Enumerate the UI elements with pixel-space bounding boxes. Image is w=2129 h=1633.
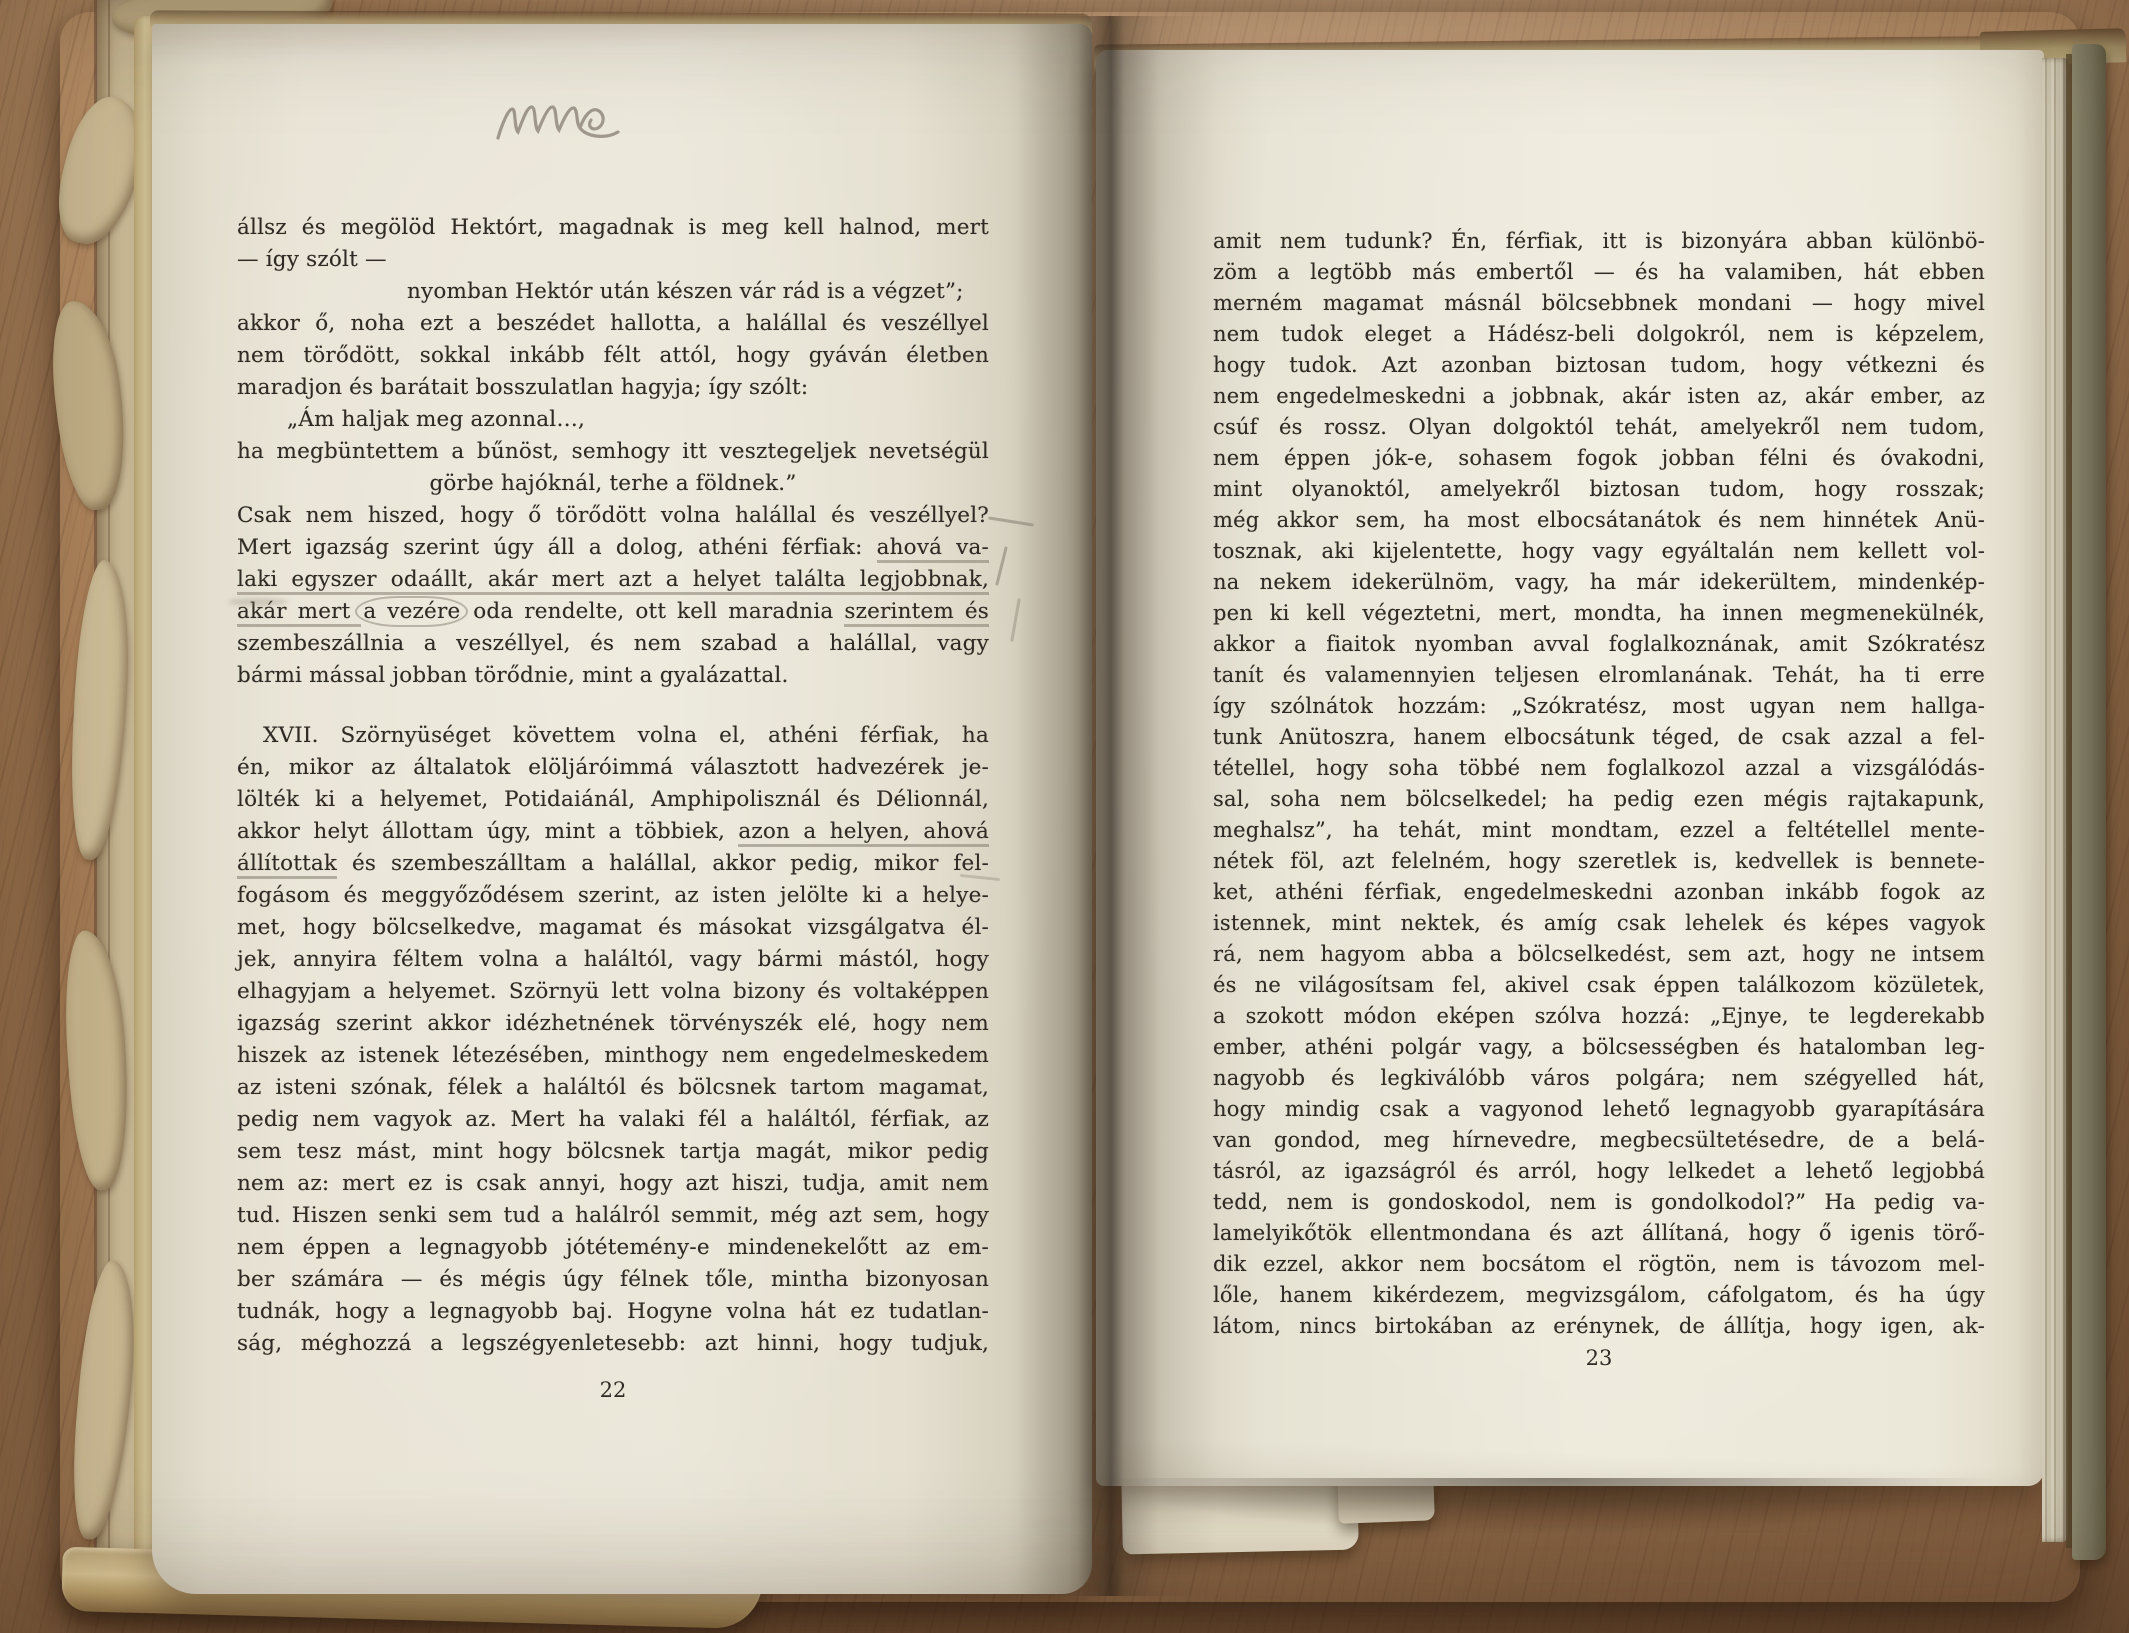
text-line: amit nem tudunk? Én, férfiak, itt is biz… [1213,226,1985,257]
text-segment: látom, nincs birtokában az erénynek, de … [1213,1314,1985,1338]
text-segment: „Ám haljak meg azonnal…, [287,407,585,432]
text-line: bármi mással jobban törődnie, mint a gya… [237,660,989,692]
text-line: tudnák, hogy a legnagyobb baj. Hogyne vo… [237,1296,989,1328]
text-line: görbe hajóknál, terhe a földnek.” [237,468,989,500]
text-line: meghalsz”, ha tehát, mint mondtam, ezzel… [1213,815,1985,846]
text-segment: tétellel, hogy soha többé nem foglalkozo… [1213,756,1985,780]
text-line: nem engedelmeskedni a jobbnak, akár iste… [1213,381,1985,412]
paragraph-gap [237,692,989,720]
text-line: Csak nem hiszed, hogy ő törődött volna h… [237,500,989,532]
text-segment: van gondod, meg hírnevedre, megbecsültet… [1213,1128,1985,1152]
text-line: Mert igazság szerint úgy áll a dolog, at… [237,532,989,564]
text-segment: tanít és valamennyien teljesen elromlaná… [1213,663,1985,687]
text-segment: így szólnátok hozzám: „Szókratész, most … [1213,694,1985,718]
text-segment: sal, soha nem bölcselkedel; ha pedig eze… [1213,787,1985,811]
text-segment: tedd, nem is gondoskodol, nem is gondolk… [1213,1190,1985,1214]
text-segment: XVII. Szörnyüséget követtem volna el, at… [263,723,989,748]
text-line: akkor helyt állottam úgy, mint a többiek… [237,816,989,848]
text-line: csúf és rossz. Olyan dolgoktól tehát, am… [1213,412,1985,443]
left-page-number: 22 [237,1378,989,1402]
text-segment: én, mikor az általatok elöljáróimmá vála… [237,755,989,780]
text-line: tanít és valamennyien teljesen elromlaná… [1213,660,1985,691]
text-line: pedig nem vagyok az. Mert ha valaki fél … [237,1104,989,1136]
text-segment: akkor a fiaitok nyomban avval foglalkozn… [1213,632,1985,656]
text-line: pen ki kell végeztetni, mert, mondta, ha… [1213,598,1985,629]
text-segment: még akkor sem, ha most elbocsátanátok és… [1213,508,1985,532]
text-segment: ember, athéni polgár vagy, a bölcsességb… [1213,1035,1985,1059]
text-segment: dik ezzel, akkor nem bocsátom el rögtön,… [1213,1252,1985,1276]
text-segment: hogy tudok. Azt azonban biztosan tudom, … [1213,353,1985,377]
text-segment: nem engedelmeskedni a jobbnak, akár iste… [1213,384,1985,408]
text-line: fogásom és meggyőződésem szerint, az ist… [237,880,989,912]
text-line: elhagyjam a helyemet. Szörnyü lett volna… [237,976,989,1008]
text-segment: ha megbüntettem a bűnöst, semhogy itt ve… [237,439,989,464]
text-line: akkor a fiaitok nyomban avval foglalkozn… [1213,629,1985,660]
text-line: ha megbüntettem a bűnöst, semhogy itt ve… [237,436,989,468]
text-segment: nagyobb és legkiválóbb város polgára; ne… [1213,1066,1985,1090]
text-line: sal, soha nem bölcselkedel; ha pedig eze… [1213,784,1985,815]
text-segment: amit nem tudunk? Én, férfiak, itt is biz… [1213,229,1985,253]
text-line: lőle, hanem kikérdezem, megvizsgálom, cá… [1213,1280,1985,1311]
text-line: ember, athéni polgár vagy, a bölcsességb… [1213,1032,1985,1063]
text-segment: tosznak, aki kijelentette, hogy vagy egy… [1213,539,1985,563]
text-line: tosznak, aki kijelentette, hogy vagy egy… [1213,536,1985,567]
text-line: rá, nem hagyom abba a bölcselkedést, sem… [1213,939,1985,970]
text-segment: lamelyikőtök ellentmondana és azt állíta… [1213,1221,1985,1245]
text-segment: oda rendelte, ott kell maradnia [462,599,844,624]
text-segment: az isteni szónak, félek a haláltól és bö… [237,1075,989,1100]
text-line: merném magamat másnál bölcsebbnek mondan… [1213,288,1985,319]
text-line: tétellel, hogy soha többé nem foglalkozo… [1213,753,1985,784]
text-line: igazság szerint akkor idézhetnének törvé… [237,1008,989,1040]
text-segment: tudnák, hogy a legnagyobb baj. Hogyne vo… [237,1299,989,1324]
pencil-underline: azon a helyen, ahová [738,819,989,847]
text-segment: ság, méghozzá a legszégyenletesebb: azt … [237,1331,989,1356]
text-segment: lőle, hanem kikérdezem, megvizsgálom, cá… [1213,1283,1985,1307]
text-segment: ket, athéni férfiak, engedelmeskedni azo… [1213,880,1985,904]
text-segment: és szembeszálltam a halállal, akkor pedi… [337,851,989,876]
text-line: met, hogy bölcselkedve, magamat és mások… [237,912,989,944]
text-segment: nem tudok eleget a Hádész-beli dolgokról… [1213,322,1985,346]
text-line: nem az: mert ez is csak annyi, hogy azt … [237,1168,989,1200]
text-segment: sem tesz mást, mint hogy bölcsnek tartja… [237,1139,989,1164]
pencil-underline: szerintem és [844,599,989,627]
text-line: akkor ő, noha ezt a beszédet hallotta, a… [237,308,989,340]
text-line: nem éppen jók-e, sohasem fogok jobban fé… [1213,443,1985,474]
text-line: lölték ki a helyemet, Potidaiánál, Amphi… [237,784,989,816]
text-line: hiszek az istenek létezésében, minthogy … [237,1040,989,1072]
text-line: sem tesz mást, mint hogy bölcsnek tartja… [237,1136,989,1168]
text-line: tunk Anütoszra, hanem elbocsátunk téged,… [1213,722,1985,753]
text-line: nem törődött, sokkal inkább félt attól, … [237,340,989,372]
text-segment: hiszek az istenek létezésében, minthogy … [237,1043,989,1068]
text-segment: nem törődött, sokkal inkább félt attól, … [237,343,989,368]
text-segment: igazság szerint akkor idézhetnének törvé… [237,1011,989,1036]
text-line: ság, méghozzá a legszégyenletesebb: azt … [237,1328,989,1360]
pencil-circle-mark: a vezére [355,596,468,627]
text-segment: szembeszállnia a veszéllyel, és nem szab… [237,631,989,656]
text-segment: istennek, mint nektek, és amíg csak lehe… [1213,911,1985,935]
text-segment: Mert igazság szerint úgy áll a dolog, at… [237,535,877,560]
pencil-smudge [228,598,288,606]
text-segment: ber számára — és mégis úgy félnek tőle, … [237,1267,989,1292]
photo-of-open-book: állsz és megölöd Hektórt, magadnak is me… [0,0,2129,1633]
text-line: van gondod, meg hírnevedre, megbecsültet… [1213,1125,1985,1156]
text-line: ber számára — és mégis úgy félnek tőle, … [237,1264,989,1296]
text-segment: görbe hajóknál, terhe a földnek.” [429,471,796,496]
text-segment: nem az: mert ez is csak annyi, hogy azt … [237,1171,989,1196]
text-segment: na nekem idekerülnöm, vagy, ha már ideke… [1213,570,1985,594]
text-segment: jek, annyira féltem volna a haláltól, va… [237,947,989,972]
text-line: tud. Hiszen senki sem tud a halálról sem… [237,1200,989,1232]
text-segment: nyomban Hektór után készen vár rád is a … [407,279,964,304]
text-segment: és ne világosítsam fel, akivel csak éppe… [1213,973,1985,997]
pencil-underline: laki egyszer odaállt, akár mert azt a he… [237,567,989,595]
text-line: tásról, az igazságról és arról, hogy lel… [1213,1156,1985,1187]
text-line: maradjon és barátait bosszulatlan hagyja… [237,372,989,404]
text-segment: nem éppen jók-e, sohasem fogok jobban fé… [1213,446,1985,470]
text-line: zöm a legtöbb más embertől — és ha valam… [1213,257,1985,288]
text-line: a szokott módon eképen szólva hozzá: „Ej… [1213,1001,1985,1032]
text-line: nem éppen a legnagyobb jótétemény-e mind… [237,1232,989,1264]
text-segment: meghalsz”, ha tehát, mint mondtam, ezzel… [1213,818,1985,842]
text-segment: — így szólt — [237,247,387,272]
text-segment: mint olyanoktól, amelyekről biztosan tud… [1213,477,1985,501]
text-line: „Ám haljak meg azonnal…, [237,404,989,436]
text-line: még akkor sem, ha most elbocsátanátok és… [1213,505,1985,536]
text-line: XVII. Szörnyüséget követtem volna el, at… [237,720,989,752]
text-line: istennek, mint nektek, és amíg csak lehe… [1213,908,1985,939]
text-segment: csúf és rossz. Olyan dolgoktól tehát, am… [1213,415,1985,439]
text-segment: rá, nem hagyom abba a bölcselkedést, sem… [1213,942,1985,966]
text-segment: Csak nem hiszed, hogy ő törődött volna h… [237,503,989,528]
left-page-text: állsz és megölöd Hektórt, magadnak is me… [237,212,989,1360]
text-segment: merném magamat másnál bölcsebbnek mondan… [1213,291,1985,315]
text-segment: a szokott módon eképen szólva hozzá: „Ej… [1213,1004,1985,1028]
pencil-scribble [492,94,632,156]
text-segment: tud. Hiszen senki sem tud a halálról sem… [237,1203,989,1228]
text-segment: akkor helyt állottam úgy, mint a többiek… [237,819,738,844]
text-segment: nem éppen a legnagyobb jótétemény-e mind… [237,1235,989,1260]
text-segment: maradjon és barátait bosszulatlan hagyja… [237,375,808,400]
text-line: — így szólt — [237,244,989,276]
text-line: nyomban Hektór után készen vár rád is a … [237,276,989,308]
text-segment: tunk Anütoszra, hanem elbocsátunk téged,… [1213,725,1985,749]
text-line: állítottak és szembeszálltam a halállal,… [237,848,989,880]
text-segment: met, hogy bölcselkedve, magamat és mások… [237,915,989,940]
text-segment: bármi mással jobban törődnie, mint a gya… [237,663,789,688]
book-cover-edge [2072,44,2106,1560]
text-line: tedd, nem is gondoskodol, nem is gondolk… [1213,1187,1985,1218]
text-line: így szólnátok hozzám: „Szókratész, most … [1213,691,1985,722]
text-line: nagyobb és legkiválóbb város polgára; ne… [1213,1063,1985,1094]
text-line: állsz és megölöd Hektórt, magadnak is me… [237,212,989,244]
text-line: laki egyszer odaállt, akár mert azt a he… [237,564,989,596]
pencil-underline: ahová va- [877,535,989,563]
text-line: hogy tudok. Azt azonban biztosan tudom, … [1213,350,1985,381]
text-line: az isteni szónak, félek a haláltól és bö… [237,1072,989,1104]
text-segment: zöm a legtöbb más embertől — és ha valam… [1213,260,1985,284]
text-line: akár mert a vezére oda rendelte, ott kel… [237,596,989,628]
text-line: nem tudok eleget a Hádész-beli dolgokról… [1213,319,1985,350]
text-segment: lölték ki a helyemet, Potidaiánál, Amphi… [237,787,989,812]
text-line: nétek föl, azt felelném, hogy szeretlek … [1213,846,1985,877]
text-segment: tásról, az igazságról és arról, hogy lel… [1213,1159,1985,1183]
pencil-underline: állítottak [237,851,337,879]
text-segment: pedig nem vagyok az. Mert ha valaki fél … [237,1107,989,1132]
right-page-number: 23 [1213,1346,1985,1370]
text-segment: fogásom és meggyőződésem szerint, az ist… [237,883,989,908]
text-line: szembeszállnia a veszéllyel, és nem szab… [237,628,989,660]
text-segment: állsz és megölöd Hektórt, magadnak is me… [237,215,989,240]
text-segment: akkor ő, noha ezt a beszédet hallotta, a… [237,311,989,336]
page-edges-right [2042,58,2068,1542]
text-line: ket, athéni férfiak, engedelmeskedni azo… [1213,877,1985,908]
text-segment: hogy mindig csak a vagyonod lehető legna… [1213,1097,1985,1121]
text-line: dik ezzel, akkor nem bocsátom el rögtön,… [1213,1249,1985,1280]
text-line: mint olyanoktól, amelyekről biztosan tud… [1213,474,1985,505]
text-line: én, mikor az általatok elöljáróimmá vála… [237,752,989,784]
right-page-text: amit nem tudunk? Én, férfiak, itt is biz… [1213,226,1985,1342]
text-line: lamelyikőtök ellentmondana és azt állíta… [1213,1218,1985,1249]
text-segment: nétek föl, azt felelném, hogy szeretlek … [1213,849,1985,873]
text-segment: pen ki kell végeztetni, mert, mondta, ha… [1213,601,1985,625]
text-line: jek, annyira féltem volna a haláltól, va… [237,944,989,976]
text-line: hogy mindig csak a vagyonod lehető legna… [1213,1094,1985,1125]
text-segment: elhagyjam a helyemet. Szörnyü lett volna… [237,979,989,1004]
text-line: na nekem idekerülnöm, vagy, ha már ideke… [1213,567,1985,598]
text-line: látom, nincs birtokában az erénynek, de … [1213,1311,1985,1342]
text-line: és ne világosítsam fel, akivel csak éppe… [1213,970,1985,1001]
